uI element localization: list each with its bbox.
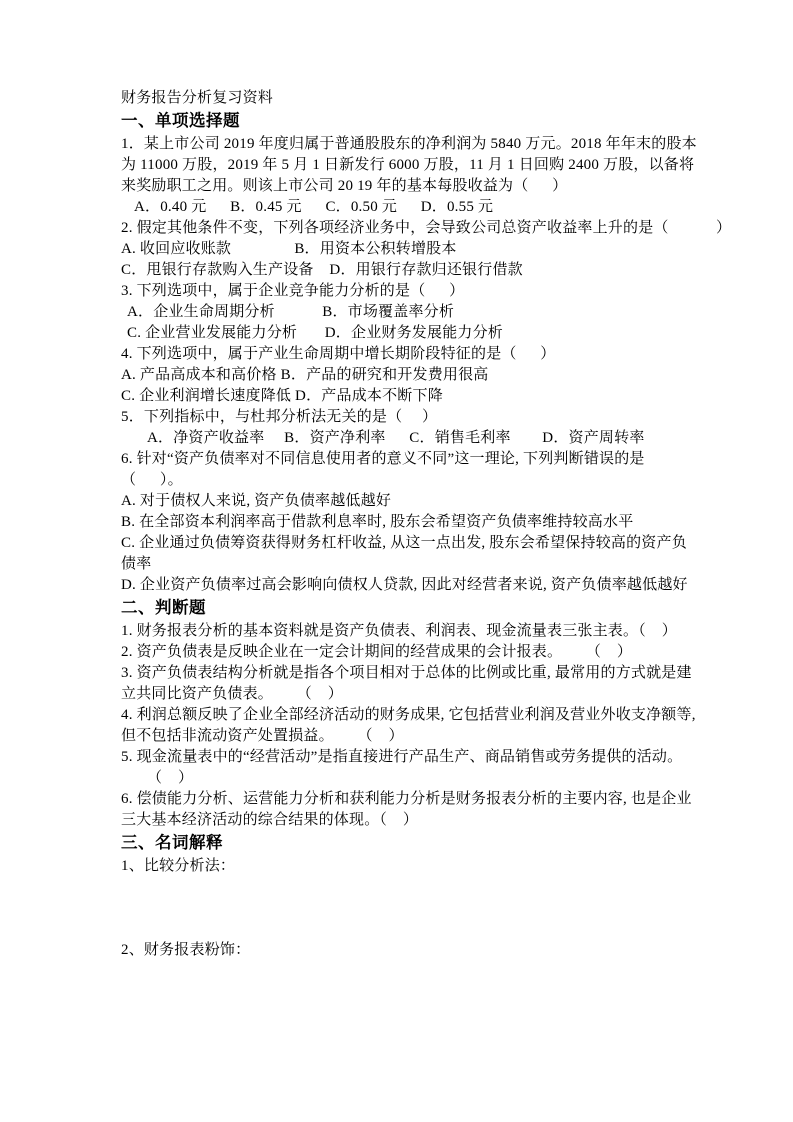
document-line: 债率 [121,554,753,575]
document-line: 为 11000 万股，2019 年 5 月 1 日新发行 6000 万股，11 … [121,155,753,176]
document-line: 三大基本经济活动的综合结果的体现。（ ） [121,810,753,831]
blank-line [121,877,753,898]
document-page: 财务报告分析复习资料 一、单项选择题1．某上市公司 2019 年度归属于普通股股… [0,0,793,1122]
document-line: 2、财务报表粉饰： [121,940,753,961]
document-line: D. 企业资产负债率过高会影响向债权人贷款, 因此对经营者来说, 资产负债率越低… [121,575,753,596]
blank-line [121,919,753,940]
document-line: 3. 资产负债表结构分析就是指各个项目相对于总体的比例或比重, 最常用的方式就是… [121,663,753,684]
document-line: 5. 现金流量表中的“经营活动”是指直接进行产品生产、商品销售或劳务提供的活动。 [121,747,753,768]
document-line: A. 产品高成本和高价格 B．产品的研究和开发费用很高 [121,365,753,386]
document-title: 财务报告分析复习资料 [121,88,753,109]
document-line: 1、比较分析法： [121,856,753,877]
section-heading-2: 二、判断题 [121,596,753,621]
document-line: A．企业生命周期分析 B．市场覆盖率分析 [121,302,753,323]
document-line: A．净资产收益率 B．资产净利率 C．销售毛利率 D．资产周转率 [121,428,753,449]
document-line: C. 企业通过负债筹资获得财务杠杆收益, 从这一点出发, 股东会希望保持较高的资… [121,533,753,554]
document-line: （ ） [121,768,753,789]
document-line: 2. 资产负债表是反映企业在一定会计期间的经营成果的会计报表。 （ ） [121,642,753,663]
document-line: 1. 财务报表分析的基本资料就是资产负债表、利润表、现金流量表三张主表。（ ） [121,621,753,642]
document-line: （ ）。 [121,470,753,491]
section-heading-1: 一、单项选择题 [121,109,753,134]
document-line: 1．某上市公司 2019 年度归属于普通股股东的净利润为 5840 万元。201… [121,134,753,155]
document-line: A. 收回应收账款 B．用资本公积转增股本 [121,239,753,260]
blank-line [121,898,753,919]
document-line: 立共同比资产负债表。 （ ） [121,684,753,705]
document-line: B. 在全部资本利润率高于借款利息率时, 股东会希望资产负债率维持较高水平 [121,512,753,533]
document-line: 6. 偿债能力分析、运营能力分析和获利能力分析是财务报表分析的主要内容, 也是企… [121,789,753,810]
document-line: A. 对于债权人来说, 资产负债率越低越好 [121,491,753,512]
document-line: A．0.40 元 B．0.45 元 C．0.50 元 D．0.55 元 [121,197,753,218]
document-body: 一、单项选择题1．某上市公司 2019 年度归属于普通股股东的净利润为 5840… [121,109,753,961]
section-heading-3: 三、名词解释 [121,831,753,856]
document-line: C. 企业利润增长速度降低 D．产品成本不断下降 [121,386,753,407]
document-line: 5．下列指标中，与杜邦分析法无关的是（ ） [121,407,753,428]
document-line: 4. 利润总额反映了企业全部经济活动的财务成果, 它包括营业利润及营业外收支净额… [121,705,753,726]
document-line: 来奖励职工之用。则该上市公司 20 19 年的基本每股收益为（ ） [121,176,753,197]
document-line: C. 企业营业发展能力分析 D．企业财务发展能力分析 [121,323,753,344]
document-line: 4. 下列选项中，属于产业生命周期中增长期阶段特征的是（ ） [121,344,753,365]
document-line: C．甩银行存款购入生产设备 D．用银行存款归还银行借款 [121,260,753,281]
document-line: 但不包括非流动资产处置损益。 （ ） [121,726,753,747]
document-line: 2. 假定其他条件不变，下列各项经济业务中，会导致公司总资产收益率上升的是（ ） [121,218,753,239]
document-line: 3. 下列选项中，属于企业竞争能力分析的是（ ） [121,281,753,302]
document-line: 6. 针对“资产负债率对不同信息使用者的意义不同”这一理论, 下列判断错误的是 [121,449,753,470]
